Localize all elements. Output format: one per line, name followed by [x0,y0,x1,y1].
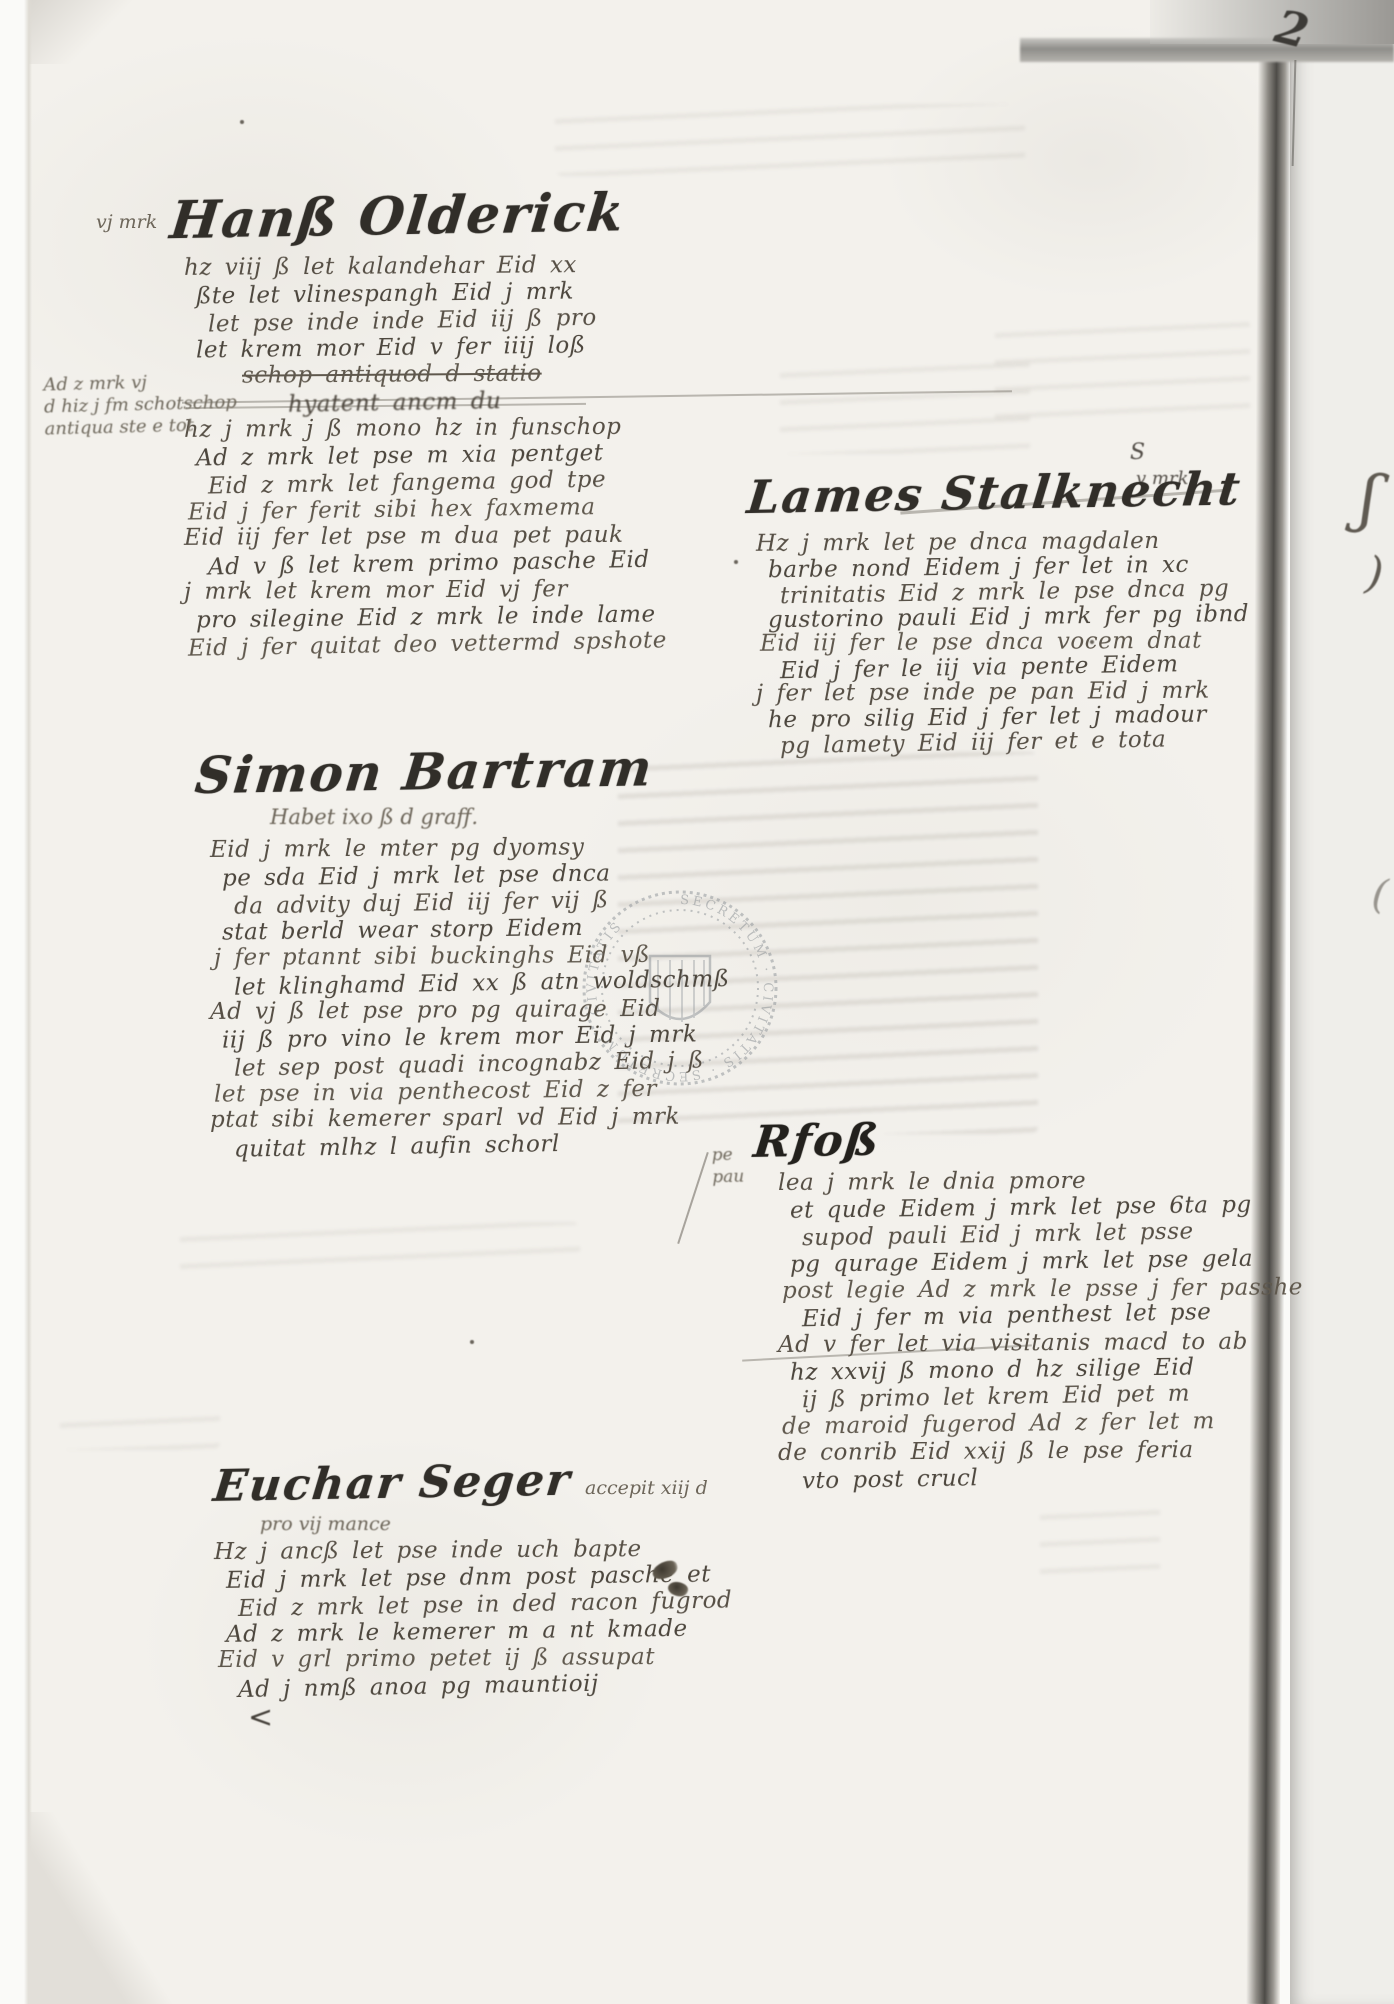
bleedthrough-text [180,1222,580,1274]
ink-speck [1090,640,1094,644]
bleedthrough-smudge [1040,1500,1160,1580]
manuscript-line: de maroid fugerod Ad z fer let m [782,1410,1066,1441]
entry-name-heading: Lames Stalknecht [745,462,1245,525]
ledger-entry-lames-stalknecht: S v mrk Lames Stalknecht Hz j mrk let pe… [748,438,1268,755]
ink-speck [240,120,244,124]
corner-fold [28,0,158,64]
manuscript-line: supod pauli Eid j mrk let psse [802,1221,1066,1253]
bleedthrough-text [555,104,1025,176]
ink-speck [470,1340,474,1344]
ledger-entry-simon-bartram: Simon Bartram Habet ixo ß d graff. Eid j… [196,742,776,1159]
margin-amount-note: vj mrk [96,211,157,247]
paper-left-edge [24,0,32,2004]
corner-cut [28,1812,188,2004]
entry-body: hz viij ß let kalandehar Eid xxßte let v… [184,253,726,658]
entry-name-heading: Hanß Olderick [168,182,629,251]
manuscript-line: hz xxvij ß mono d hz silige Eid [790,1356,1066,1387]
entry-sub-note: Habet ixo ß d graff. [270,805,776,829]
entry-sub-note: pro vij mance [260,1513,814,1535]
bleedthrough-text [60,1408,220,1450]
entry-body: Hz j mrk let pe dnca magdalenbarbe nond … [756,530,1268,755]
heading-suffix-note: accepit xiij d [585,1477,708,1509]
entry-name-heading: Euchar Seger [211,1455,574,1512]
entry-body: Hz j ancß let pse inde uch bapteEid j mr… [214,1537,814,1699]
margin-note-line: pau [712,1166,745,1189]
margin-note: Ad z mrk vjd hiz j fm schotschopantiqua … [43,369,237,440]
manuscript-line: pg qurage Eidem j mrk let pse gela [790,1248,1066,1279]
entry-name-heading: Rfoß [751,1115,883,1168]
margin-note-line: pe [711,1144,744,1167]
entry-body: Eid j mrk le mter pg dyomsype sda Eid j … [210,835,776,1159]
superscript-mark: S [1130,440,1145,465]
ledger-entry-rfoss: pepau Rfoß lea j mrk le dnia pmoreet qud… [706,1116,1066,1493]
facing-page-edge [1290,0,1394,2004]
manuscript-scan: { "page": { "folio_number": "2" }, "seal… [0,0,1394,2004]
ledger-entry-hans-olderick: vj mrk Hanß Olderick hz viij ß let kalan… [96,186,726,658]
manuscript-line: vto post crucl [802,1464,1066,1496]
entry-name-heading: Simon Bartram [192,738,656,805]
end-mark: < [248,1700,273,1735]
manuscript-line: et qude Eidem j mrk let pse 6ta pg [790,1194,1066,1225]
manuscript-line: de conrib Eid xxij ß le pse feria [778,1438,1066,1467]
manuscript-line: lea j mrk le dnia pmore [778,1168,1066,1197]
ink-speck [734,560,738,564]
entry-body: lea j mrk le dnia pmoreet qude Eidem j m… [778,1169,1066,1493]
manuscript-line: post legie Ad z mrk le psse j fer passhe [782,1276,1066,1305]
margin-note: pepau [711,1144,744,1189]
entry-heading-row: vj mrk Hanß Olderick [96,186,726,247]
scan-corner-shadow [1150,0,1394,44]
manuscript-line: Eid j fer m via penthest let pse [802,1302,1066,1334]
bleedthrough-text [995,318,1250,430]
ledger-entry-euchar-seger: Euchar Seger accepit xiij d pro vij manc… [214,1458,814,1699]
manuscript-line: ij ß primo let krem Eid pet m [802,1383,1066,1415]
manuscript-line: Ad v fer let via visitanis macd to ab [778,1330,1066,1359]
